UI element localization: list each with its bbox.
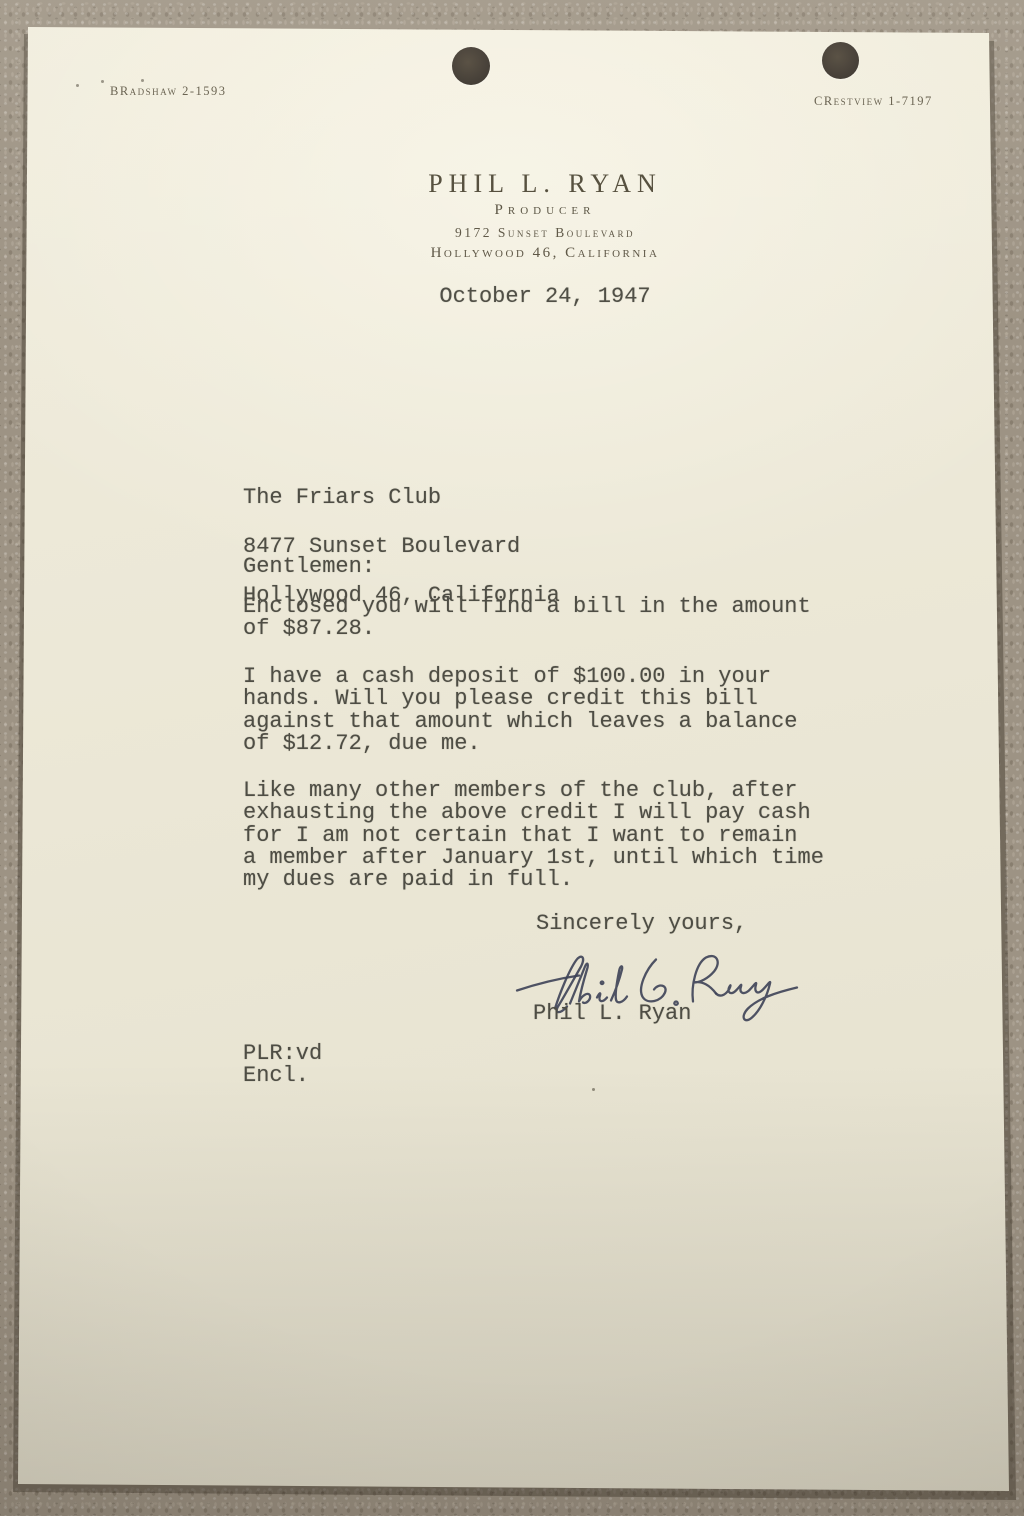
photo-scene: BRadshaw 2-1593 CRestview 1-7197 PHIL L.…: [0, 0, 1024, 1516]
letterhead-address-line2: Hollywood 46, California: [245, 245, 845, 262]
letterhead-title: Producer: [245, 202, 845, 219]
dust-speck: [141, 79, 144, 82]
date-line: October 24, 1947: [245, 284, 845, 309]
typed-name: Phil L. Ryan: [533, 1001, 691, 1026]
letter-paper: BRadshaw 2-1593 CRestview 1-7197 PHIL L.…: [0, 0, 1024, 1516]
punch-hole-right: [822, 42, 859, 79]
enclosure-note: Encl.: [243, 1063, 309, 1088]
body-paragraph: Like many other members of the club, aft…: [243, 780, 824, 891]
body-paragraph: I have a cash deposit of $100.00 in your…: [243, 666, 798, 755]
letterhead-address-line1: 9172 Sunset Boulevard: [245, 225, 845, 241]
body-paragraph: Enclosed you will find a bill in the amo…: [243, 596, 811, 641]
dust-speck: [76, 84, 79, 87]
salutation: Gentlemen:: [243, 554, 375, 579]
letterhead-phone-left: BRadshaw 2-1593: [110, 84, 227, 99]
recipient-line: The Friars Club: [243, 486, 560, 511]
closing-line: Sincerely yours,: [536, 911, 747, 936]
letterhead-phone-right: CRestview 1-7197: [814, 94, 933, 109]
letterhead-name: PHIL L. RYAN: [245, 169, 845, 199]
punch-hole-left: [452, 47, 490, 85]
dust-speck: [592, 1088, 595, 1091]
dust-speck: [101, 80, 104, 83]
